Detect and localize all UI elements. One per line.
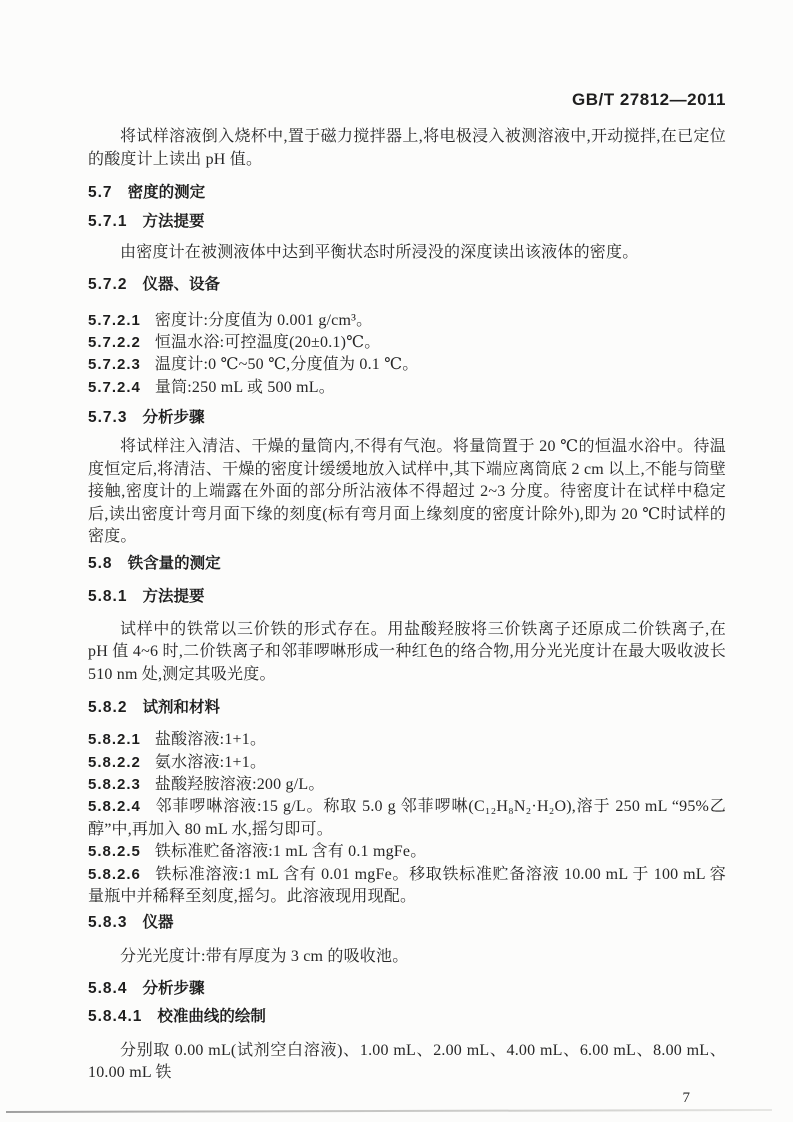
section-heading-5-7-1: 5.7.1方法提要 — [88, 212, 726, 232]
standard-code-header: GB/T 27812—2011 — [88, 90, 726, 110]
clause-text: 恒温水浴:可控温度(20±0.1)℃。 — [155, 334, 381, 351]
clause-number: 5.7.3 — [88, 409, 127, 426]
section-heading-5-8: 5.8铁含量的测定 — [88, 554, 726, 574]
section-heading-5-8-4-1: 5.8.4.1校准曲线的绘制 — [88, 1007, 726, 1027]
clause-number: 5.8.4.1 — [88, 1008, 142, 1025]
clause-text: 量筒:250 mL 或 500 mL。 — [155, 379, 335, 396]
clause-text: 温度计:0 ℃~50 ℃,分度值为 0.1 ℃。 — [155, 356, 419, 373]
clause-title: 铁含量的测定 — [128, 555, 221, 572]
clause-number: 5.7.2.4 — [88, 379, 141, 396]
clause-item-5-8-2-4: 5.8.2.4邻菲啰啉溶液:15 g/L。称取 5.0 g 邻菲啰啉(C₁₂H₈… — [88, 796, 726, 841]
clause-item-5-8-2-6: 5.8.2.6铁标准溶液:1 mL 含有 0.01 mgFe。移取铁标准贮备溶液… — [88, 864, 726, 909]
clause-number: 5.8.4 — [88, 980, 127, 997]
clause-text: 氨水溶液:1+1。 — [155, 754, 266, 771]
clause-text: 密度计:分度值为 0.001 g/cm³。 — [155, 312, 372, 329]
clause-number: 5.8.2.2 — [88, 754, 141, 771]
scanned-document-page: GB/T 27812—2011 将试样溶液倒入烧杯中,置于磁力搅拌器上,将电极浸… — [0, 0, 793, 1122]
paragraph-ph-reading: 将试样溶液倒入烧杯中,置于磁力搅拌器上,将电极浸入被测溶液中,开动搅拌,在已定位… — [88, 126, 726, 171]
section-heading-5-7: 5.7密度的测定 — [88, 183, 726, 203]
paragraph-density-procedure: 将试样注入清洁、干燥的量筒内,不得有气泡。将量筒置于 20 ℃的恒温水浴中。待温… — [88, 436, 726, 549]
paragraph-iron-summary: 试样中的铁常以三价铁的形式存在。用盐酸羟胺将三价铁离子还原成二价铁离子,在 pH… — [88, 619, 726, 687]
clause-item-5-8-2-1: 5.8.2.1盐酸溶液:1+1。 — [88, 729, 726, 751]
clause-number: 5.7.2.1 — [88, 312, 141, 329]
clause-title: 方法提要 — [142, 213, 204, 230]
clause-title: 方法提要 — [142, 588, 204, 605]
clause-title: 试剂和材料 — [142, 699, 220, 716]
paragraph-spectrophotometer: 分光光度计:带有厚度为 3 cm 的吸收池。 — [88, 946, 726, 969]
clause-number: 5.8.2.6 — [88, 866, 141, 883]
clause-item-5-7-2-2: 5.7.2.2恒温水浴:可控温度(20±0.1)℃。 — [88, 332, 726, 354]
section-heading-5-7-2: 5.7.2仪器、设备 — [88, 275, 726, 295]
clause-number: 5.7.1 — [88, 213, 127, 230]
clause-text: 盐酸羟胺溶液:200 g/L。 — [155, 776, 325, 793]
clause-number: 5.7 — [88, 184, 113, 201]
clause-title: 仪器 — [142, 914, 173, 931]
clause-title: 校准曲线的绘制 — [157, 1008, 266, 1025]
clause-item-5-8-2-3: 5.8.2.3盐酸羟胺溶液:200 g/L。 — [88, 774, 726, 796]
section-heading-5-8-4: 5.8.4分析步骤 — [88, 979, 726, 999]
clause-number: 5.8.2.4 — [88, 798, 141, 815]
clause-item-5-7-2-1: 5.7.2.1密度计:分度值为 0.001 g/cm³。 — [88, 310, 726, 332]
clause-item-5-8-2-2: 5.8.2.2氨水溶液:1+1。 — [88, 752, 726, 774]
clause-number: 5.7.2.2 — [88, 334, 141, 351]
page-number: 7 — [88, 1088, 726, 1108]
section-heading-5-8-3: 5.8.3仪器 — [88, 913, 726, 933]
clause-text: 盐酸溶液:1+1。 — [155, 731, 266, 748]
clause-number: 5.8.2 — [88, 699, 127, 716]
paragraph-calibration-volumes: 分别取 0.00 mL(试剂空白溶液)、1.00 mL、2.00 mL、4.00… — [88, 1040, 726, 1085]
clause-title: 分析步骤 — [142, 409, 204, 426]
clause-number: 5.8.2.5 — [88, 843, 141, 860]
clause-number: 5.7.2 — [88, 276, 127, 293]
page-content: GB/T 27812—2011 将试样溶液倒入烧杯中,置于磁力搅拌器上,将电极浸… — [88, 0, 726, 1108]
clause-number: 5.8.2.1 — [88, 731, 141, 748]
clause-item-5-8-2-5: 5.8.2.5铁标准贮备溶液:1 mL 含有 0.1 mgFe。 — [88, 841, 726, 863]
clause-title: 仪器、设备 — [142, 276, 220, 293]
clause-text: 铁标准溶液:1 mL 含有 0.01 mgFe。移取铁标准贮备溶液 10.00 … — [88, 866, 726, 905]
clause-number: 5.8.1 — [88, 588, 127, 605]
clause-number: 5.8.2.3 — [88, 776, 141, 793]
section-heading-5-8-2: 5.8.2试剂和材料 — [88, 698, 726, 718]
section-heading-5-8-1: 5.8.1方法提要 — [88, 587, 726, 607]
section-heading-5-7-3: 5.7.3分析步骤 — [88, 408, 726, 428]
clause-text: 铁标准贮备溶液:1 mL 含有 0.1 mgFe。 — [155, 843, 427, 860]
clause-number: 5.8 — [88, 555, 113, 572]
clause-item-5-7-2-4: 5.7.2.4量筒:250 mL 或 500 mL。 — [88, 377, 726, 399]
paragraph-density-summary: 由密度计在被测液体中达到平衡状态时所浸没的深度读出该液体的密度。 — [88, 242, 726, 265]
clause-number: 5.7.2.3 — [88, 356, 141, 373]
clause-title: 分析步骤 — [142, 980, 204, 997]
clause-number: 5.8.3 — [88, 914, 127, 931]
clause-title: 密度的测定 — [128, 184, 206, 201]
clause-text: 邻菲啰啉溶液:15 g/L。称取 5.0 g 邻菲啰啉(C₁₂H₈N₂·H₂O)… — [88, 798, 726, 837]
clause-item-5-7-2-3: 5.7.2.3温度计:0 ℃~50 ℃,分度值为 0.1 ℃。 — [88, 354, 726, 376]
scan-edge-artifact — [6, 1109, 772, 1113]
